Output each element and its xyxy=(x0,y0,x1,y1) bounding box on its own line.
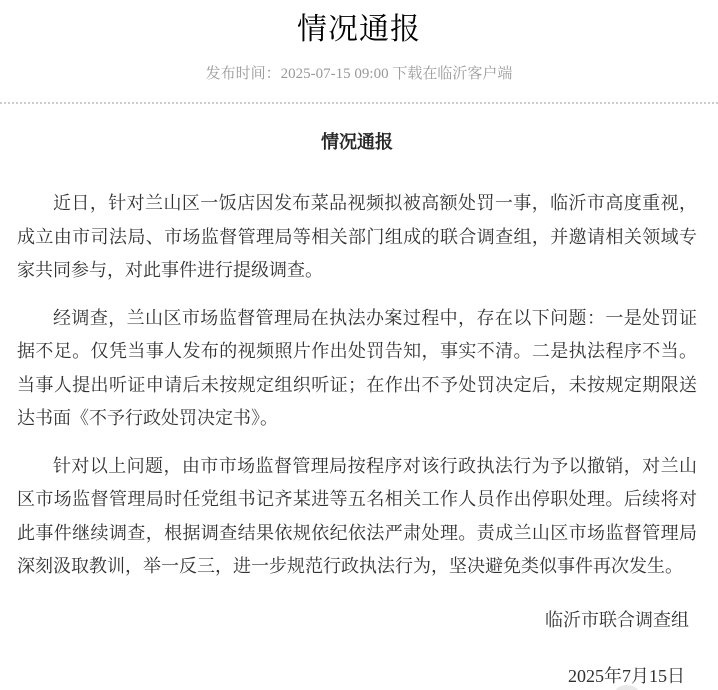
dotted-divider xyxy=(0,102,718,104)
article-paragraph: 针对以上问题，由市市场监督管理局按程序对该行政执法行为予以撤销，对兰山区市场监督… xyxy=(17,450,697,584)
article-content: 近日，针对兰山区一饭店因发布菜品视频拟被高额处罚一事，临沂市高度重视，成立由市司… xyxy=(17,187,697,584)
article-paragraph: 近日，针对兰山区一饭店因发布菜品视频拟被高额处罚一事，临沂市高度重视，成立由市司… xyxy=(17,187,697,288)
signature: 临沂市联合调查组 xyxy=(17,604,697,638)
notice-page: 情况通报 发布时间：2025-07-15 09:00 下载在临沂客户端 情况通报… xyxy=(0,0,718,690)
article-heading: 情况通报 xyxy=(17,131,697,153)
article-paragraph: 经调查，兰山区市场监督管理局在执法办案过程中，存在以下问题：一是处罚证据不足。仅… xyxy=(17,302,697,436)
publish-info: 发布时间：2025-07-15 09:00 下载在临沂客户端 xyxy=(0,64,718,84)
page-header: 情况通报 发布时间：2025-07-15 09:00 下载在临沂客户端 xyxy=(0,12,718,84)
article-date: 2025年7月15日 xyxy=(17,660,697,690)
page-title: 情况通报 xyxy=(0,12,718,48)
notice-article: 情况通报 近日，针对兰山区一饭店因发布菜品视频拟被高额处罚一事，临沂市高度重视，… xyxy=(0,131,718,690)
